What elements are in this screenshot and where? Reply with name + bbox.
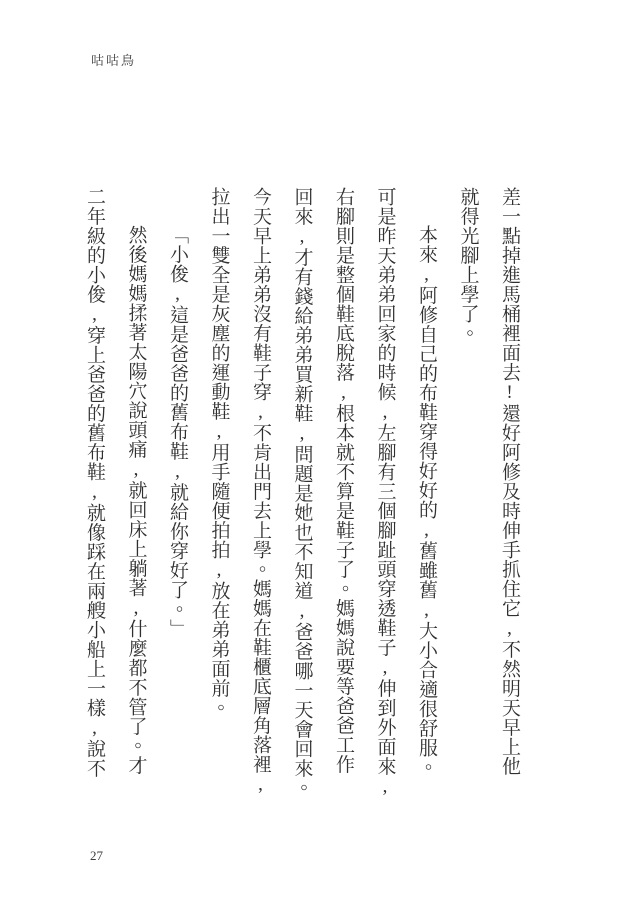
page-number: 27 xyxy=(90,848,103,864)
text-column: 「小俊,這是爸爸的舊布鞋,就給你穿好了。」 xyxy=(157,187,199,832)
text-column: 差一點掉進馬桶裡面去!還好阿修及時伸手抓住它,不然明天早上他 xyxy=(489,187,531,832)
text-column: 本來,阿修自己的布鞋穿得好好的,舊雖舊,大小合適很舒服。 xyxy=(406,187,448,832)
text-column: 就得光腳上學了。 xyxy=(447,187,489,832)
text-column: 今天早上弟弟沒有鞋子穿,不肯出門去上學。媽媽在鞋櫃底層角落裡, xyxy=(240,187,282,832)
running-header: 咕咕鳥 xyxy=(91,50,136,69)
text-column: 回來,才有錢給弟弟買新鞋,問題是她也不知道,爸爸哪一天會回來。 xyxy=(281,187,323,832)
text-column: 二年級的小俊,穿上爸爸的舊布鞋,就像踩在兩艘小船上一樣,說不 xyxy=(74,187,116,832)
body-text: 差一點掉進馬桶裡面去!還好阿修及時伸手抓住它,不然明天早上他就得光腳上學了。本來… xyxy=(72,187,530,832)
text-column: 右腳則是整個鞋底脫落,根本就不算是鞋子了。媽媽說要等爸爸工作 xyxy=(323,187,365,832)
text-column: 可是昨天弟弟回家的時候,左腳有三個腳趾頭穿透鞋子,伸到外面來, xyxy=(364,187,406,832)
text-column: 然後媽媽揉著太陽穴說頭痛,就回床上躺著,什麼都不管了。才 xyxy=(115,187,157,832)
text-column: 拉出一雙全是灰塵的運動鞋,用手隨便拍拍,放在弟弟面前。 xyxy=(198,187,240,832)
book-page: 咕咕鳥 差一點掉進馬桶裡面去!還好阿修及時伸手抓住它,不然明天早上他就得光腳上學… xyxy=(0,0,638,900)
